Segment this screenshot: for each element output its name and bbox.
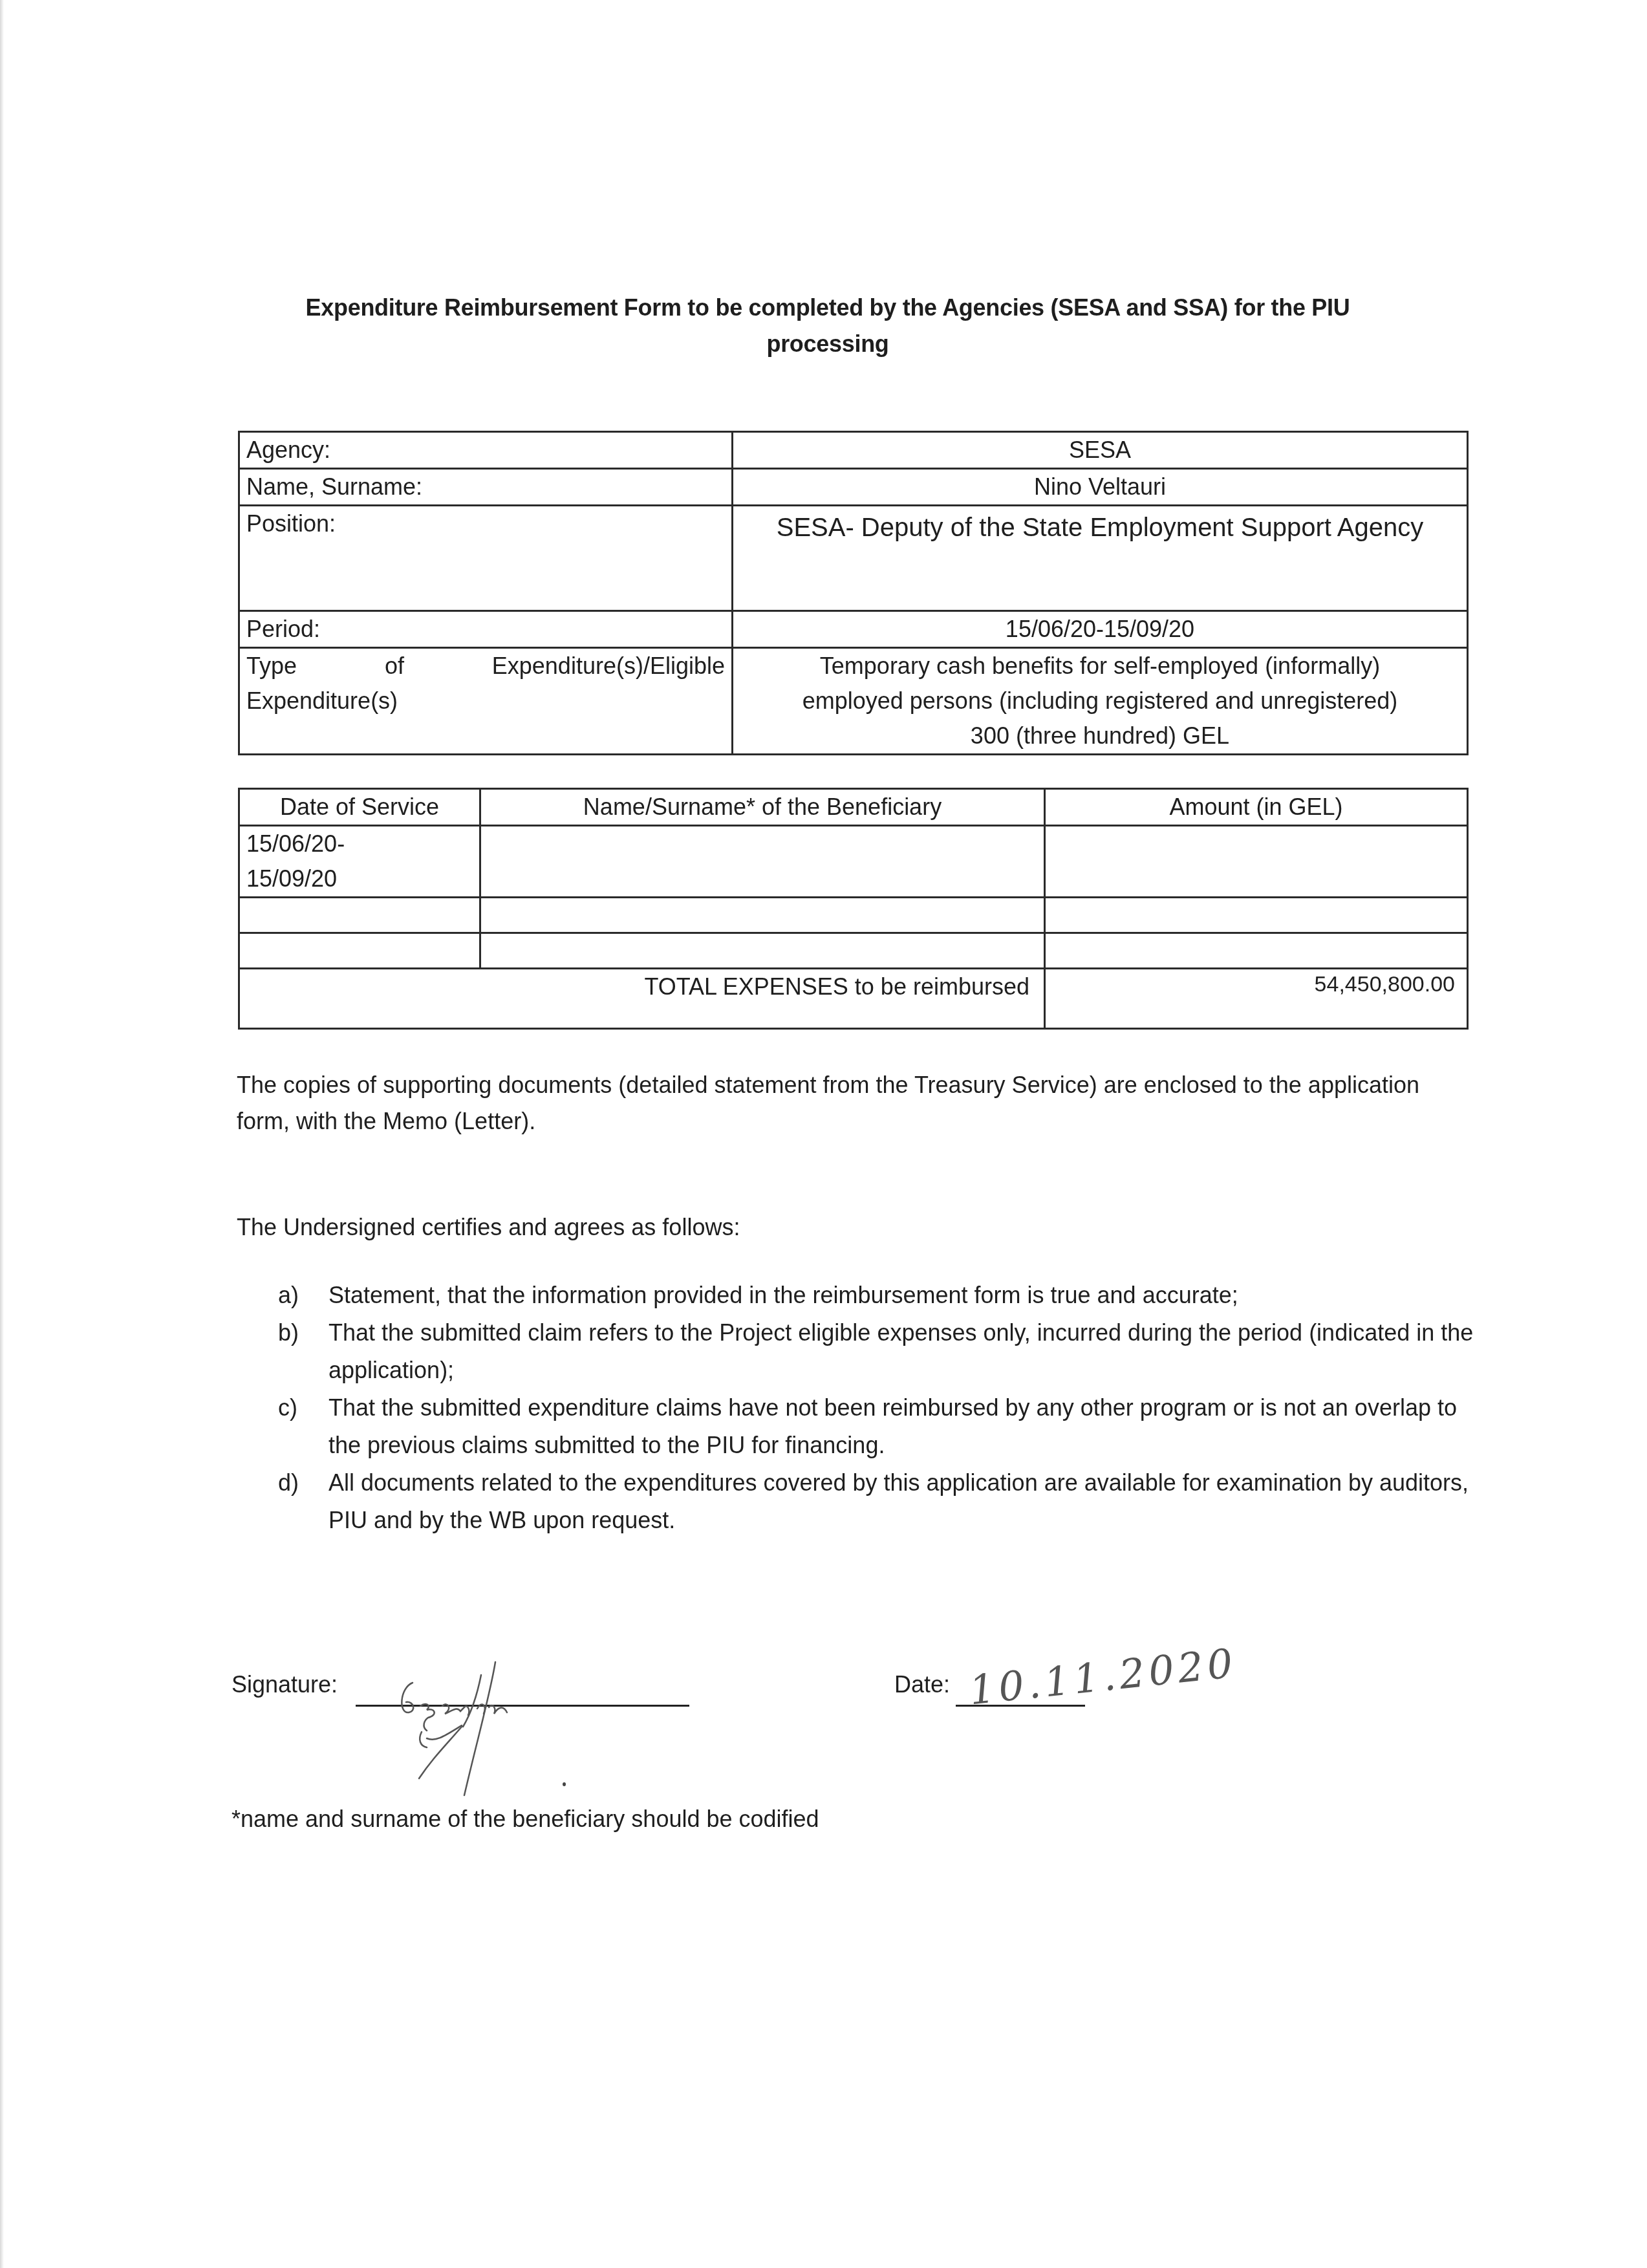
- list-marker: b): [278, 1314, 328, 1389]
- position-row: Position: SESA- Deputy of the State Empl…: [239, 506, 1468, 611]
- list-marker: a): [278, 1277, 328, 1314]
- expenditure-type-value-line3: 300 (three hundred) GEL: [740, 718, 1460, 753]
- signature-block: Signature: Date: 10.11.2020: [231, 1656, 1266, 1785]
- expenditure-type-label-line2: Expenditure(s): [246, 684, 725, 718]
- document-title: Expenditure Reimbursement Form to be com…: [246, 290, 1410, 362]
- agency-label: Agency:: [239, 432, 733, 469]
- certification-text: All documents related to the expenditure…: [328, 1464, 1474, 1539]
- name-label: Name, Surname:: [239, 469, 733, 506]
- agency-value: SESA: [733, 432, 1468, 469]
- handwritten-date: 10.11.2020: [967, 1639, 1238, 1714]
- handwritten-signature: [380, 1656, 535, 1798]
- date-end: 15/09/20: [246, 861, 473, 896]
- table-row: 15/06/20- 15/09/20: [239, 826, 1468, 898]
- period-label: Period:: [239, 611, 733, 648]
- expenditure-type-value-line1: Temporary cash benefits for self-employe…: [740, 649, 1460, 684]
- certification-item: c) That the submitted expenditure claims…: [278, 1389, 1474, 1464]
- certification-intro: The Undersigned certifies and agrees as …: [237, 1209, 1472, 1246]
- date-label: Date:: [894, 1671, 950, 1698]
- date-start: 15/06/20-: [246, 826, 473, 861]
- date-of-service-cell: [239, 898, 480, 933]
- agency-row: Agency: SESA: [239, 432, 1468, 469]
- header-beneficiary-name: Name/Surname* of the Beneficiary: [480, 789, 1045, 826]
- expenditure-type-row: Type of Expenditure(s)/Eligible Expendit…: [239, 648, 1468, 755]
- header-amount: Amount (in GEL): [1045, 789, 1468, 826]
- beneficiary-name-cell: [480, 898, 1045, 933]
- amount-cell: [1045, 826, 1468, 898]
- table-row: [239, 933, 1468, 969]
- date-of-service-cell: 15/06/20- 15/09/20: [239, 826, 480, 898]
- certification-list: a) Statement, that the information provi…: [278, 1277, 1474, 1539]
- position-value: SESA- Deputy of the State Employment Sup…: [733, 506, 1468, 611]
- ink-speck: [563, 1782, 566, 1786]
- list-marker: c): [278, 1389, 328, 1464]
- name-value: Nino Veltauri: [733, 469, 1468, 506]
- certification-item: d) All documents related to the expendit…: [278, 1464, 1474, 1539]
- name-row: Name, Surname: Nino Veltauri: [239, 469, 1468, 506]
- beneficiary-name-cell: [480, 826, 1045, 898]
- expenditure-type-value-line2: employed persons (including registered a…: [740, 684, 1460, 718]
- scan-page-edge: [0, 0, 4, 2268]
- certification-text: That the submitted expenditure claims ha…: [328, 1389, 1474, 1464]
- signature-label: Signature:: [231, 1671, 338, 1698]
- expenditure-type-label-word2: of: [385, 649, 404, 684]
- header-date-of-service: Date of Service: [239, 789, 480, 826]
- list-marker: d): [278, 1464, 328, 1539]
- expenditure-table-header: Date of Service Name/Surname* of the Ben…: [239, 789, 1468, 826]
- footnote: *name and surname of the beneficiary sho…: [231, 1806, 819, 1833]
- certification-item: b) That the submitted claim refers to th…: [278, 1314, 1474, 1389]
- expenditure-type-label: Type of Expenditure(s)/Eligible Expendit…: [239, 648, 733, 755]
- period-value: 15/06/20-15/09/20: [733, 611, 1468, 648]
- total-expenses-label: TOTAL EXPENSES to be reimbursed: [239, 969, 1045, 1029]
- position-label: Position:: [239, 506, 733, 611]
- expenditure-type-label-word3: Expenditure(s)/Eligible: [492, 649, 725, 684]
- agency-info-table: Agency: SESA Name, Surname: Nino Veltaur…: [238, 431, 1469, 755]
- supporting-documents-note: The copies of supporting documents (deta…: [237, 1067, 1472, 1139]
- amount-cell: [1045, 933, 1468, 969]
- certification-text: That the submitted claim refers to the P…: [328, 1314, 1474, 1389]
- total-expenses-amount: 54,450,800.00: [1045, 969, 1468, 1029]
- certification-item: a) Statement, that the information provi…: [278, 1277, 1474, 1314]
- beneficiary-name-cell: [480, 933, 1045, 969]
- expenditure-type-label-word1: Type: [246, 649, 297, 684]
- period-row: Period: 15/06/20-15/09/20: [239, 611, 1468, 648]
- total-row: TOTAL EXPENSES to be reimbursed 54,450,8…: [239, 969, 1468, 1029]
- date-of-service-cell: [239, 933, 480, 969]
- amount-cell: [1045, 898, 1468, 933]
- expenditure-table: Date of Service Name/Surname* of the Ben…: [238, 788, 1469, 1030]
- certification-text: Statement, that the information provided…: [328, 1277, 1474, 1314]
- table-row: [239, 898, 1468, 933]
- expenditure-type-value: Temporary cash benefits for self-employe…: [733, 648, 1468, 755]
